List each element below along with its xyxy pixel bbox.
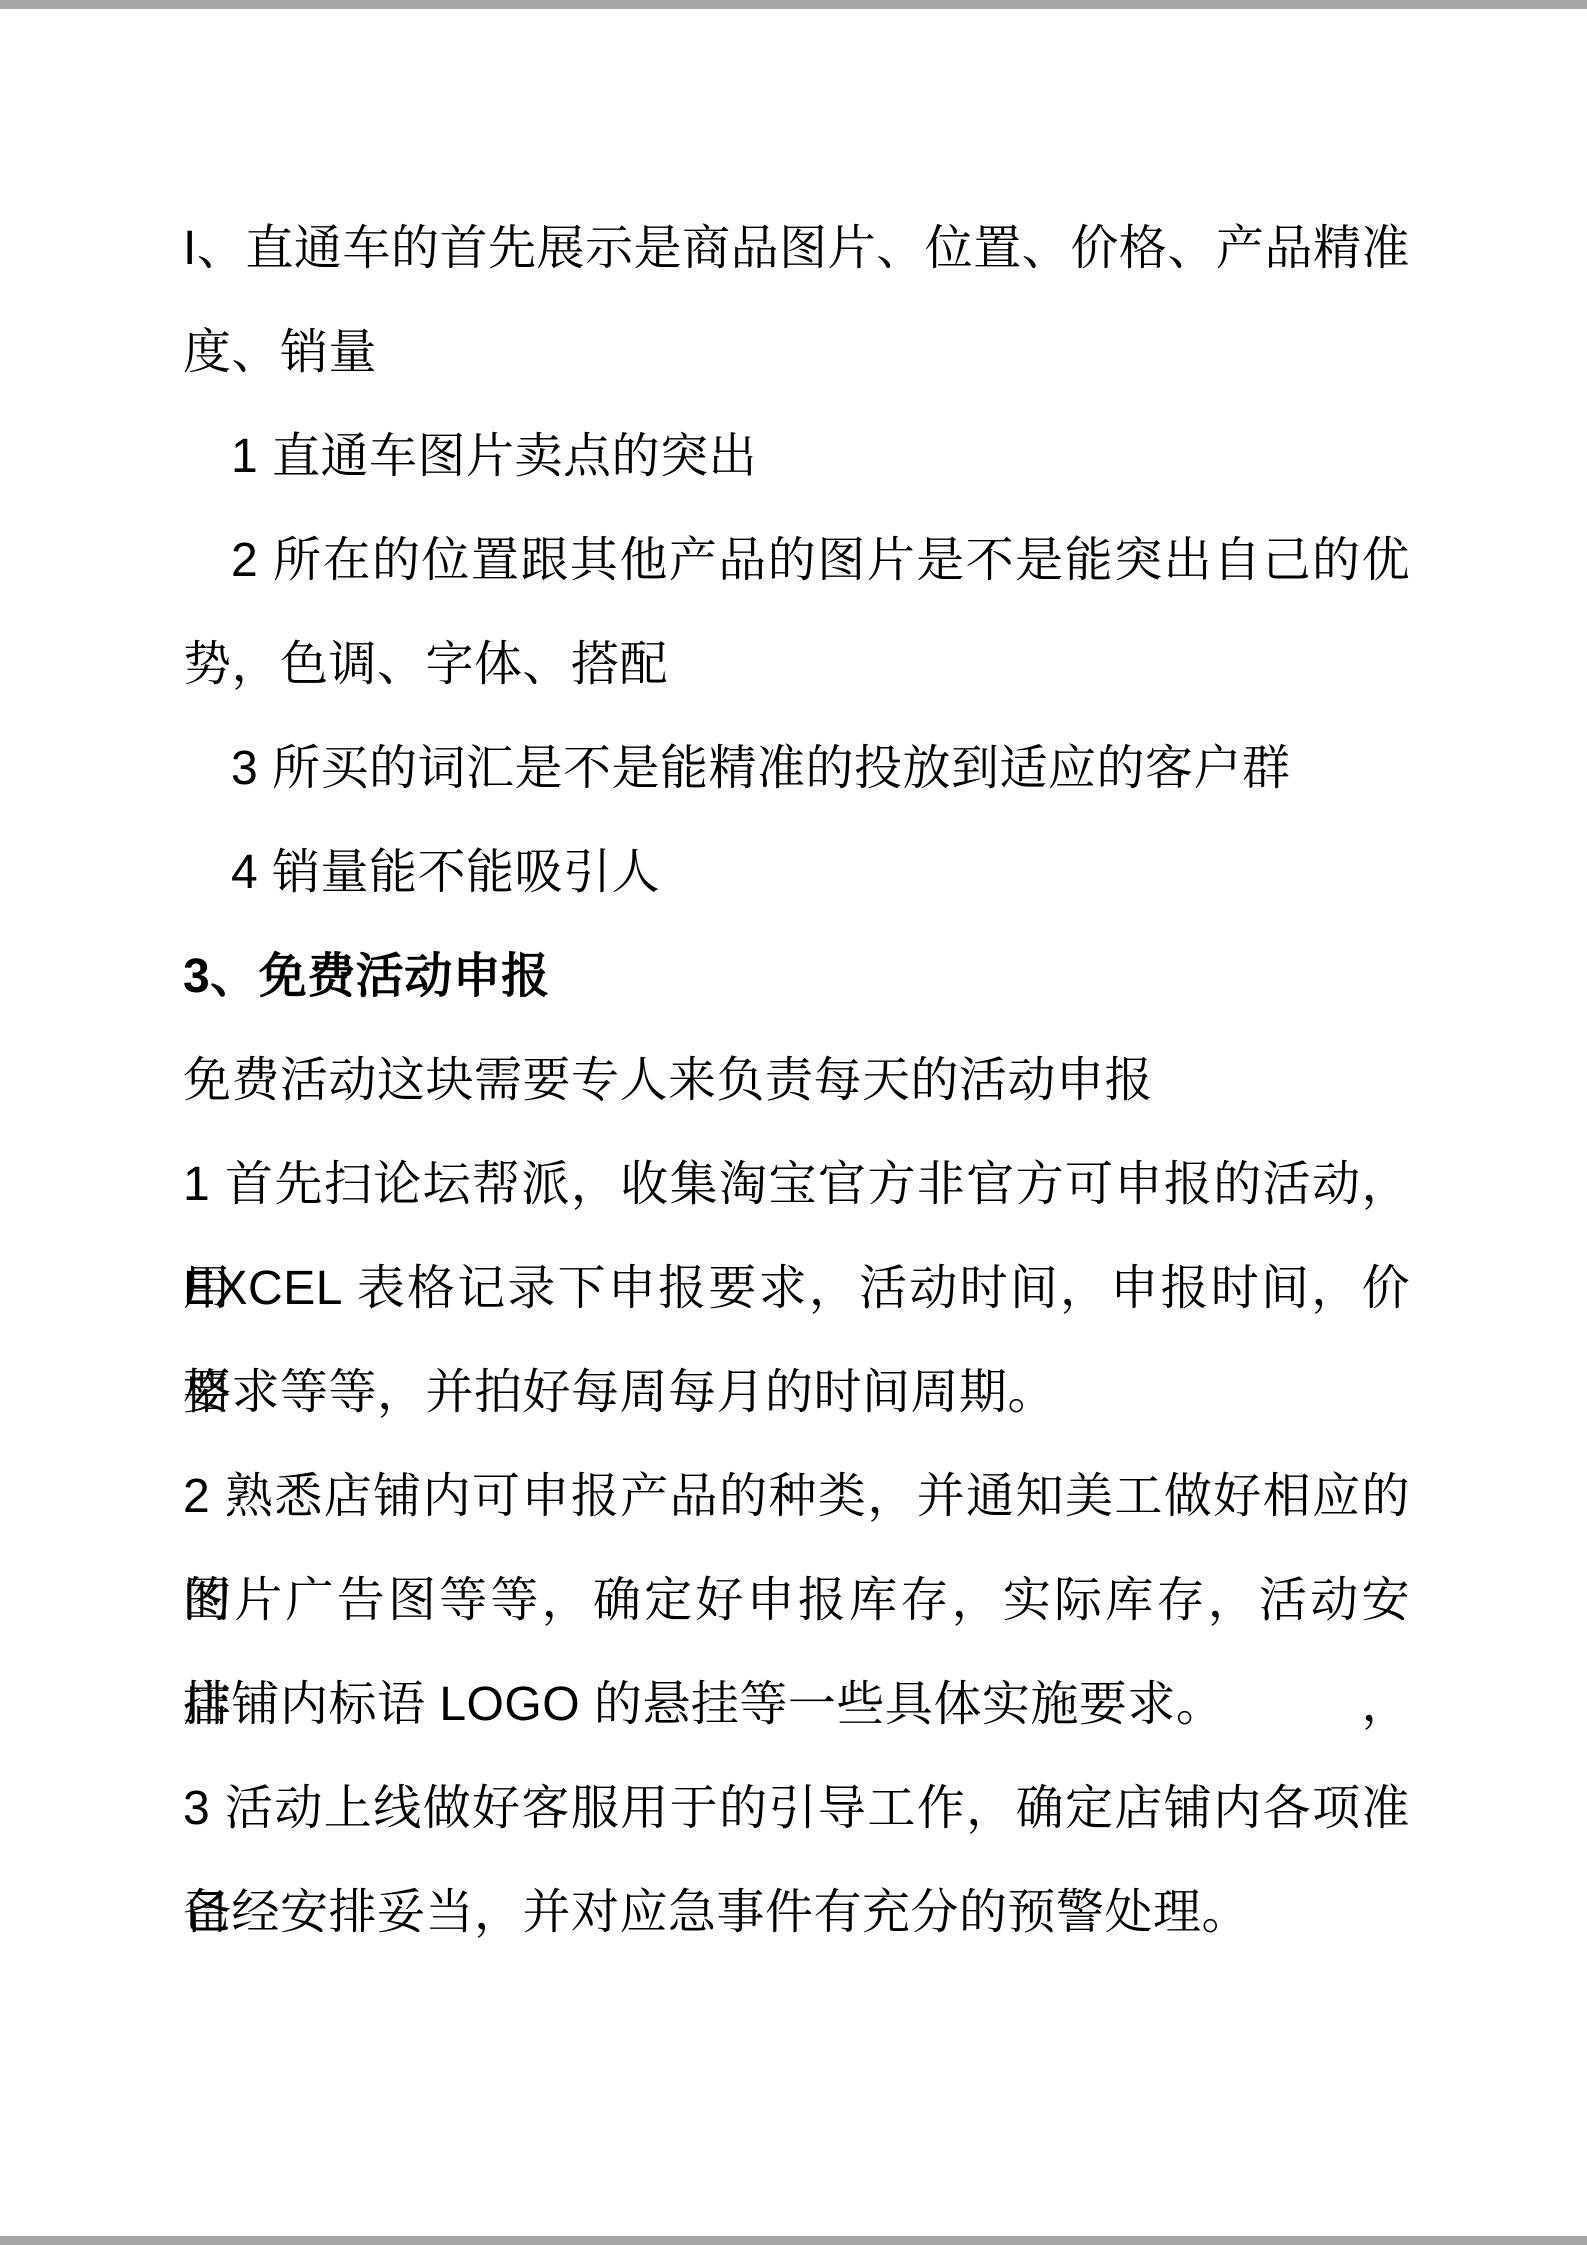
paragraph-line: EXCEL 表格记录下申报要求，活动时间，申报时间，价格 <box>183 1237 1410 1341</box>
page-edge-top <box>0 0 1587 9</box>
paragraph-line: I、直通车的首先展示是商品图片、位置、价格、产品精准 <box>183 197 1410 301</box>
paragraph-line: 要求等等，并拍好每周每月的时间周期。 <box>183 1341 1410 1445</box>
paragraph-line: 度、销量 <box>183 301 1410 405</box>
list-item-line: 3 所买的词汇是不是能精准的投放到适应的客户群 <box>183 717 1410 821</box>
paragraph-line: 2 熟悉店铺内可申报产品的种类，并通知美工做好相应的的 <box>183 1445 1410 1549</box>
paragraph-line: 势，色调、字体、搭配 <box>183 613 1410 717</box>
page-edge-bottom <box>0 2236 1587 2245</box>
paragraph-line: 1 首先扫论坛帮派，收集淘宝官方非官方可申报的活动，用 <box>183 1133 1410 1237</box>
paragraph-line: 已经安排妥当，并对应急事件有充分的预警处理。 <box>183 1861 1410 1965</box>
list-item-line: 1 直通车图片卖点的突出 <box>183 405 1410 509</box>
list-item-line: 2 所在的位置跟其他产品的图片是不是能突出自己的优 <box>183 509 1410 613</box>
paragraph-line: 图片广告图等等，确定好申报库存，实际库存，活动安排， <box>183 1549 1410 1653</box>
section-heading: 3、免费活动申报 <box>183 925 1410 1029</box>
paragraph-line: 3 活动上线做好客服用于的引导工作，确定店铺内各项准备 <box>183 1757 1410 1861</box>
document-page: I、直通车的首先展示是商品图片、位置、价格、产品精准 度、销量 1 直通车图片卖… <box>0 0 1587 2245</box>
list-item-line: 4 销量能不能吸引人 <box>183 821 1410 925</box>
document-text-block: I、直通车的首先展示是商品图片、位置、价格、产品精准 度、销量 1 直通车图片卖… <box>183 197 1410 1965</box>
paragraph-line: 免费活动这块需要专人来负责每天的活动申报 <box>183 1029 1410 1133</box>
